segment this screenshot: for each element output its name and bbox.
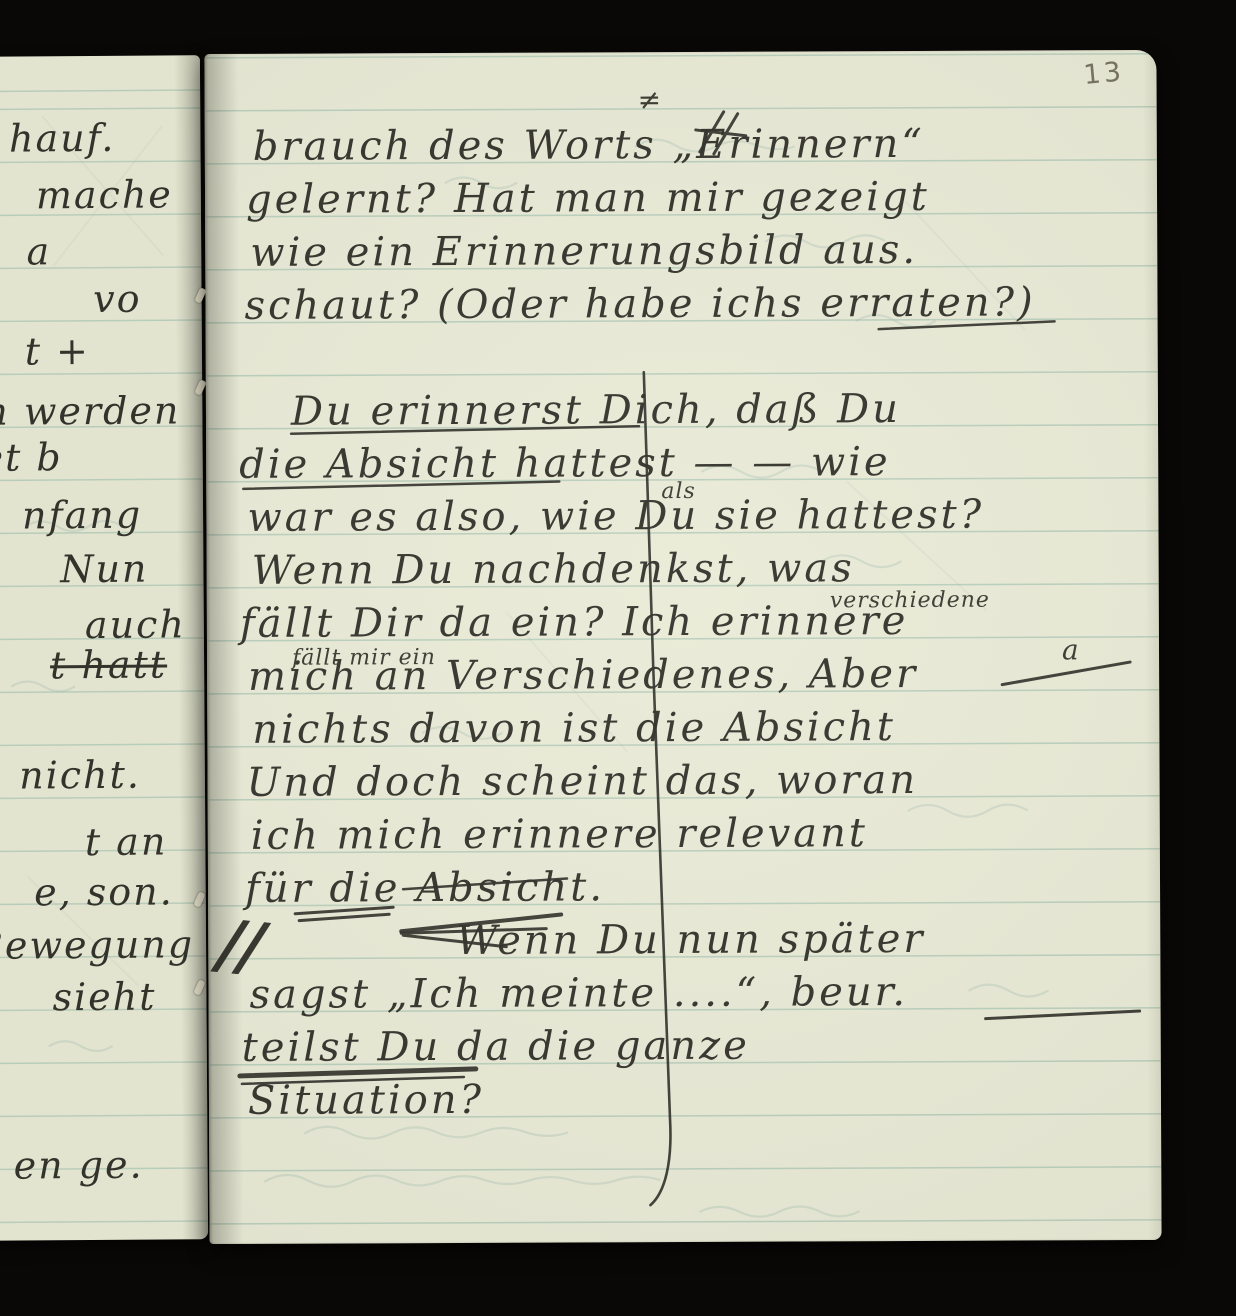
- left-page: hauf. mache a vo t + n werden et b nfang…: [0, 55, 208, 1240]
- right-page: brauch des Worts „Erinnern“ gelernt? Hat…: [204, 50, 1161, 1244]
- page-edge-shadow: [0, 55, 208, 1240]
- gutter-shadow: [204, 50, 1161, 1244]
- manuscript-photo: hauf. mache a vo t + n werden et b nfang…: [0, 0, 1236, 1316]
